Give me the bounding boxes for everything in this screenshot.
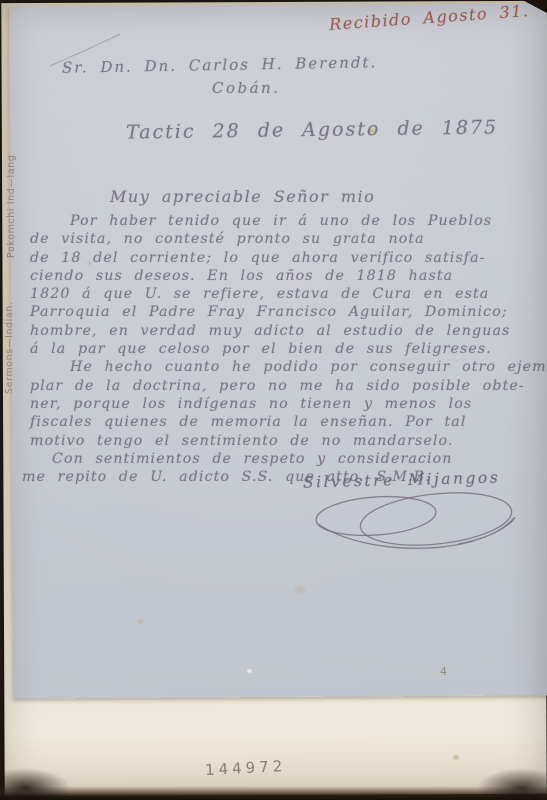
margin-annotation-lower: Sermons—Indian. [4, 301, 15, 394]
letter-line: He hecho cuanto he podido por conseguir … [30, 358, 535, 376]
addressee-place: Cobán. [212, 79, 280, 97]
letter-line: ner, porque los indígenas no tienen y me… [30, 395, 535, 413]
photograph-of-letter: Recibido Agosto 31. Sr. Dn. Dn. Carlos H… [0, 0, 547, 800]
photo-bottom-edge [0, 786, 547, 800]
letter-line: Con sentimientos de respeto y considerac… [30, 450, 535, 468]
letter-line: á la par que celoso por el bien de sus f… [30, 340, 535, 358]
signature-flourish [298, 486, 530, 552]
letter-line: 1820 á que U. se refiere, estava de Cura… [30, 285, 535, 303]
letter-line: Parroquia el Padre Fray Francisco Aguila… [30, 303, 535, 321]
letter-line: fiscales quienes de memoria la enseñan. … [30, 413, 535, 431]
letter-body: Por haber tenido que ir á uno de los Pue… [30, 212, 535, 486]
letter-line: plar de la doctrina, pero no me ha sido … [30, 377, 535, 395]
margin-annotation-upper: Pokomchi Ind—lang [6, 155, 17, 258]
letter-line: ciendo sus deseos. En los años de 1818 h… [30, 267, 535, 285]
salutation: Muy apreciable Señor mio [110, 187, 375, 206]
letter-line: hombre, en verdad muy adicto al estudio … [30, 322, 535, 340]
letter-line: Por haber tenido que ir á uno de los Pue… [30, 212, 535, 230]
page-mark: 4 [440, 665, 447, 678]
letter-line: de visita, no contesté pronto su grata n… [30, 230, 535, 248]
letter-line: motivo tengo el sentimiento de no mandar… [30, 432, 535, 450]
letter-line: de 18 del corriente; lo que ahora verifi… [30, 249, 535, 267]
